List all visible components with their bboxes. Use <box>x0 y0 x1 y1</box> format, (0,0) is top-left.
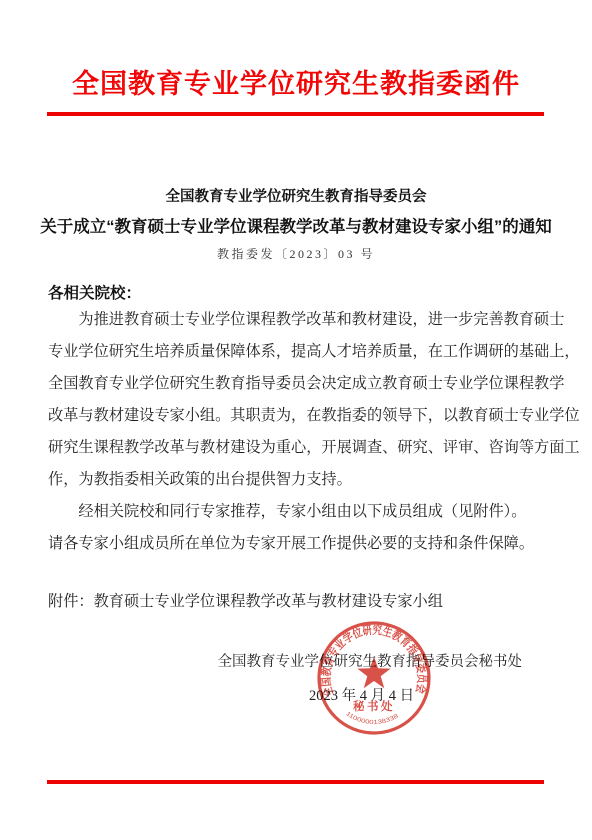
letterhead-title: 全国教育专业学位研究生教指委函件 <box>0 62 592 101</box>
body-text: 为推进教育硕士专业学位课程教学改革和教材建设，进一步完善教育硕士 专业学位研究生… <box>48 304 545 560</box>
footer-rule <box>47 780 544 784</box>
official-seal: 全国教育专业学位研究生教育指导委员会 秘书处 1100000138338 <box>317 621 431 735</box>
signature-date: 2023 年 4 月 4 日 <box>309 684 414 705</box>
body-line: 专业学位研究生培养质量保障体系，提高人才培养质量，在工作调研的基础上， <box>48 336 545 368</box>
issuing-org-heading: 全国教育专业学位研究生教育指导委员会 <box>0 185 592 206</box>
document-number: 教指委发〔2023〕03 号 <box>0 245 592 262</box>
body-line: 经相关院校和同行专家推荐，专家小组由以下成员组成（见附件）。 <box>48 496 545 528</box>
seal-serial-number: 1100000138338 <box>344 711 400 726</box>
body-line: 为推进教育硕士专业学位课程教学改革和教材建设，进一步完善教育硕士 <box>48 304 545 336</box>
attachment-reference: 附件：教育硕士专业学位课程教学改革与教材建设专家小组 <box>48 590 443 611</box>
body-line: 改革与教材建设专家小组。其职责为，在教指委的领导下，以教育硕士专业学位 <box>48 400 545 432</box>
letterhead-rule <box>47 112 544 116</box>
signature-organization: 全国教育专业学位研究生教育指导委员会秘书处 <box>218 650 523 671</box>
letter-page: 全国教育专业学位研究生教指委函件 全国教育专业学位研究生教育指导委员会 关于成立… <box>0 0 592 840</box>
body-line: 全国教育专业学位研究生教育指导委员会决定成立教育硕士专业学位课程教学 <box>48 368 545 400</box>
body-line: 请各专家小组成员所在单位为专家开展工作提供必要的支持和条件保障。 <box>48 528 545 560</box>
seal-border <box>319 623 429 733</box>
salutation: 各相关院校： <box>48 281 141 303</box>
body-line: 作，为教指委相关政策的出台提供智力支持。 <box>48 464 545 496</box>
notice-subject-heading: 关于成立“教育硕士专业学位课程教学改革与教材建设专家小组”的通知 <box>0 213 592 237</box>
body-line: 研究生课程教学改革与教材建设为重心，开展调查、研究、评审、咨询等方面工 <box>48 432 545 464</box>
